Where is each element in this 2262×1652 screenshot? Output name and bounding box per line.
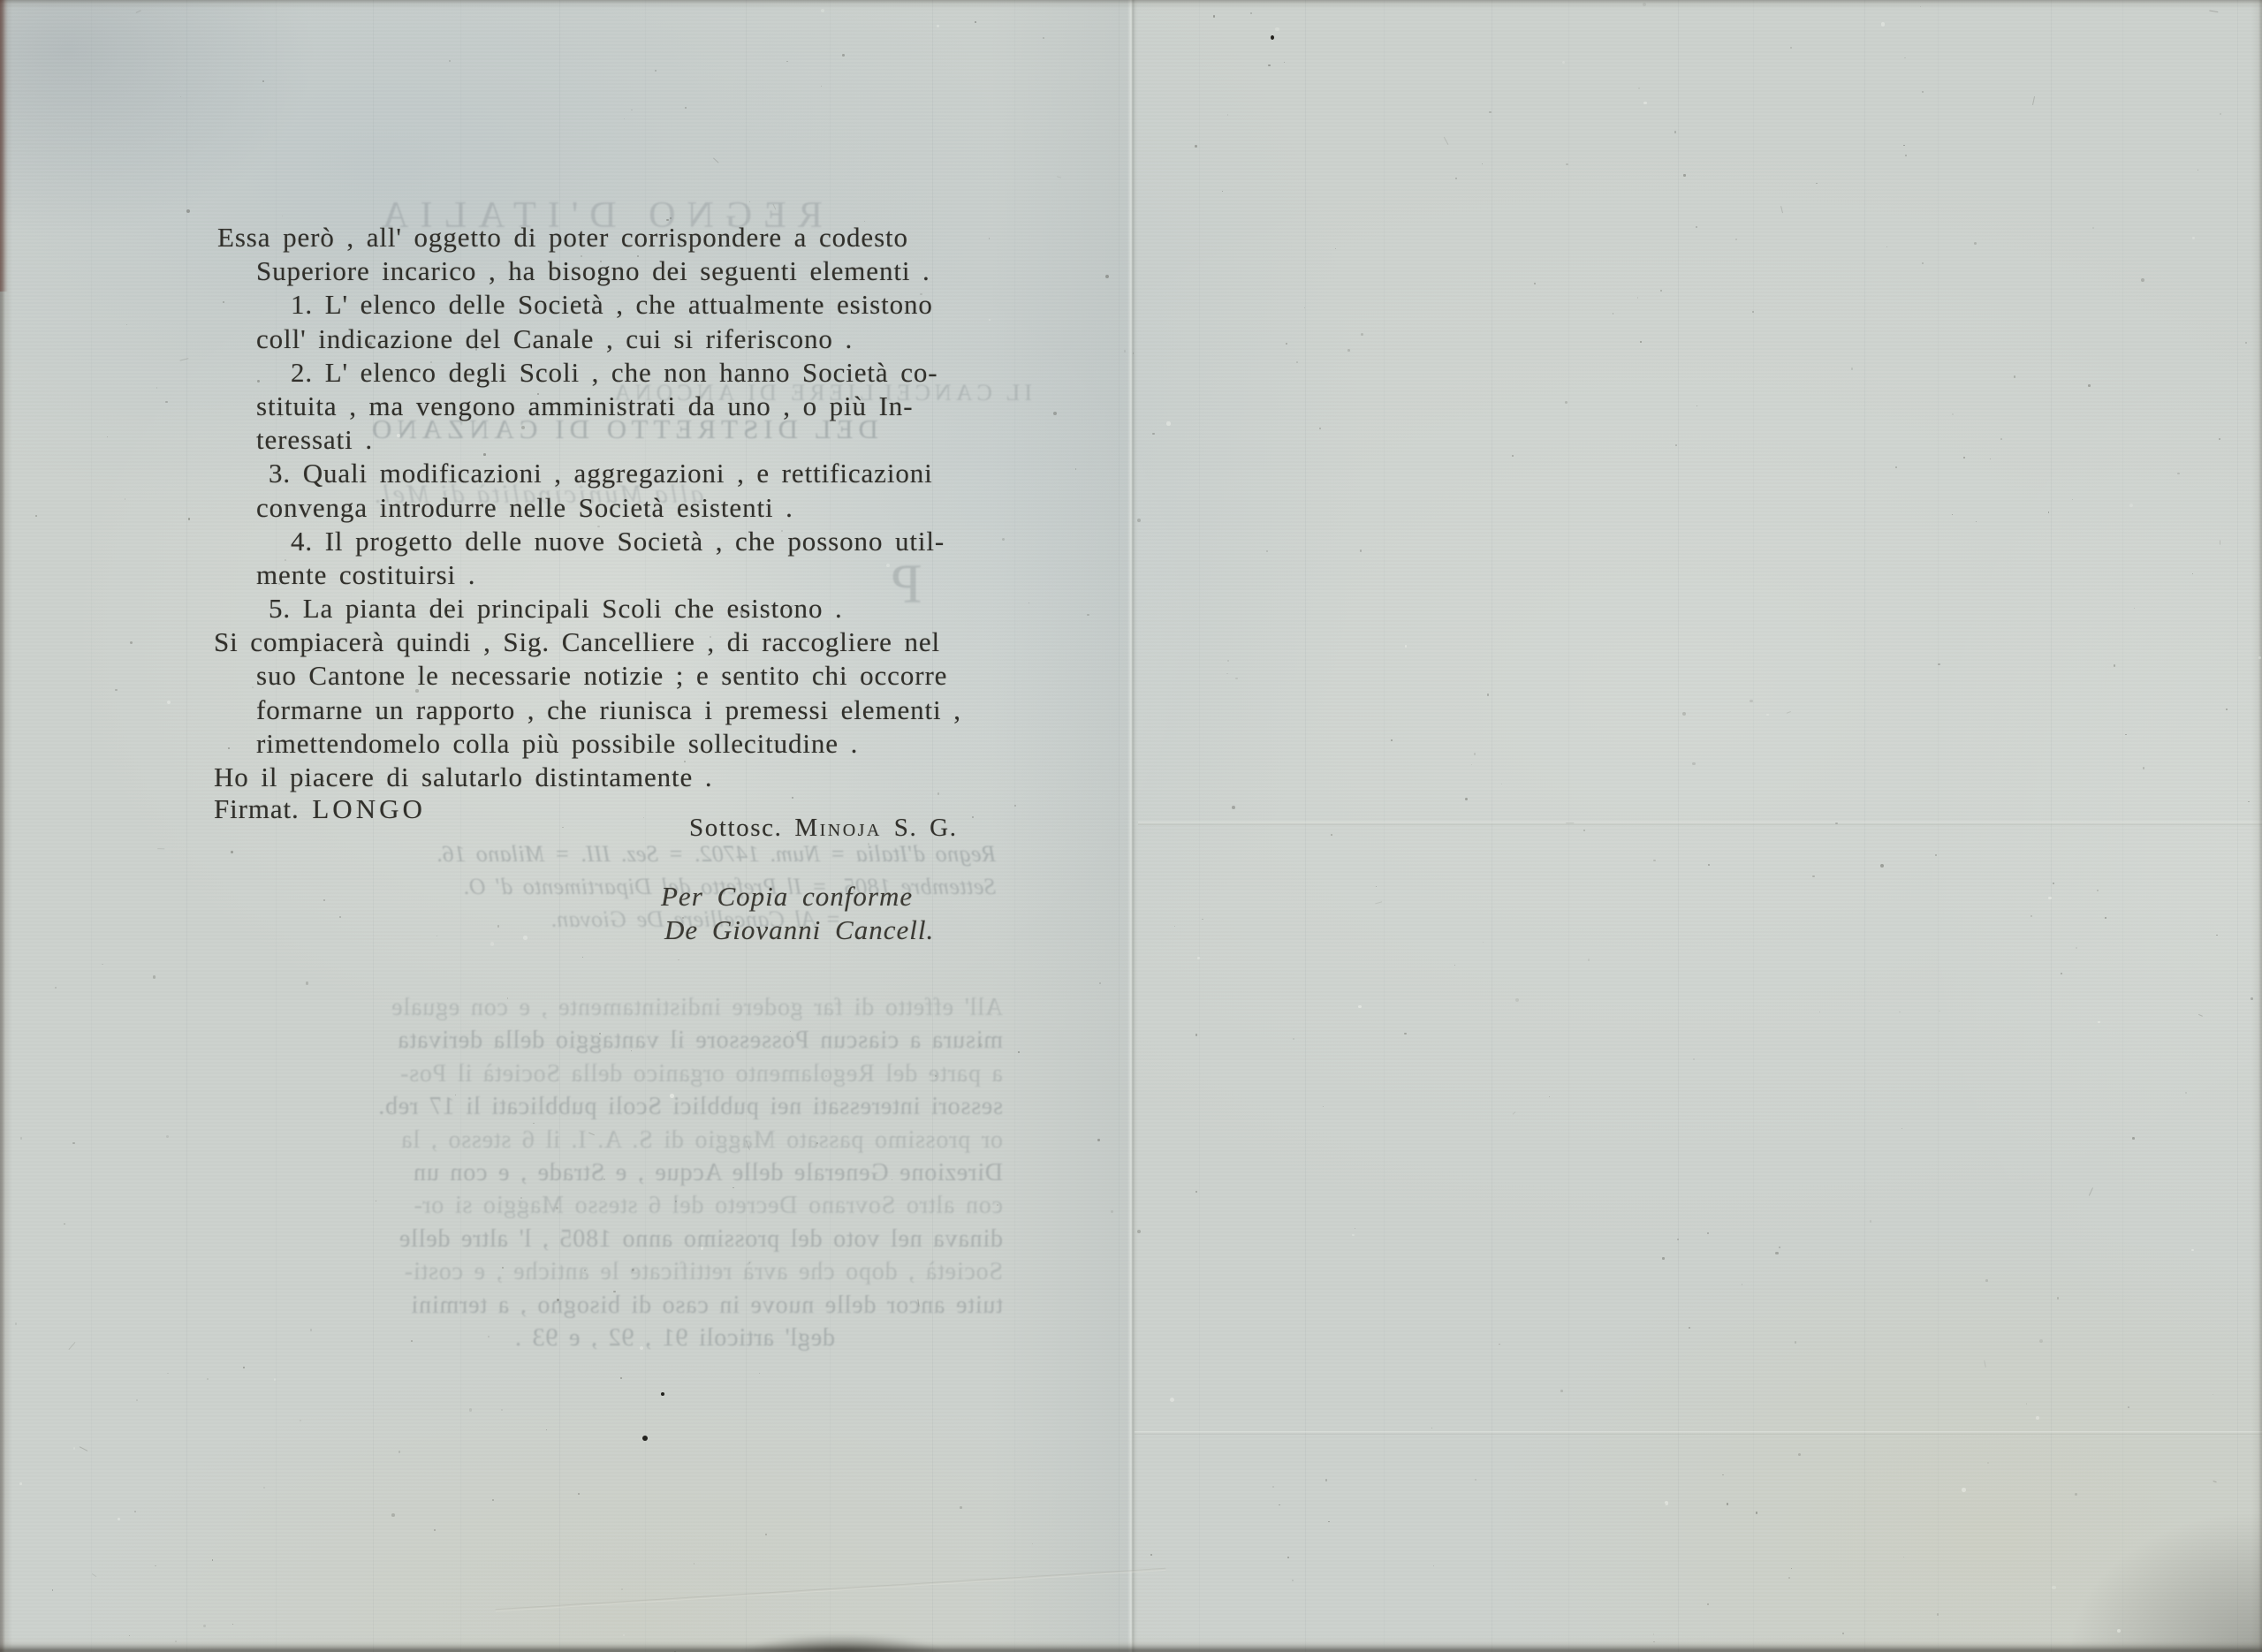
bleedthrough-paragraph-line: or prossimo passato Maggio di S. A. I. i… xyxy=(141,1124,1003,1156)
letter-lines-line: coll' indicazione del Canale , cui si ri… xyxy=(256,322,1018,356)
signature-sottoscritto: Sottosc. Minoja S. G. xyxy=(689,814,958,843)
bleedthrough-paragraph-line: sessori interessati nei pubblici Scoli p… xyxy=(141,1090,1003,1123)
bleedthrough-paragraph-line: tuite ancor delle nuove in caso di bisog… xyxy=(141,1289,1003,1322)
ink-speck xyxy=(1271,35,1274,40)
bleedthrough-paragraph-line: All' effetto di far godere indistintamen… xyxy=(141,991,1003,1024)
letter-lines-line: 4. Il progetto delle nuove Società , che… xyxy=(291,525,1018,558)
bleedthrough-paragraph-line: dinava nel voto del prossimo anno 1805 ,… xyxy=(141,1223,1003,1255)
bottom-edge-smudge xyxy=(740,1634,944,1652)
diagonal-crease xyxy=(496,1568,1166,1611)
sheet-edge-bottom xyxy=(0,1636,2262,1652)
bleedthrough-paragraph-line: Direzione Generale delle Acque , e Strad… xyxy=(141,1156,1003,1189)
letter-lines: Essa però , all' oggetto di poter corris… xyxy=(205,221,1018,794)
letter-lines-line: stituita , ma vengono amministrati da un… xyxy=(256,390,1018,423)
bleedthrough-paragraph-line: Società , dopo che avrà rettificate le a… xyxy=(141,1255,1003,1288)
horizontal-crease xyxy=(1135,1431,2262,1435)
horizontal-crease xyxy=(1138,822,2262,825)
letter-lines-line: formarne un rapporto , che riunisca i pr… xyxy=(256,693,1018,727)
signature-firmat: Firmat. LONGO xyxy=(214,793,426,825)
document-sheet: REGNO D'ITALIA IL CANCELLIERE DI ANCONA … xyxy=(0,0,2262,1652)
sheet-edge-top xyxy=(0,0,2262,9)
bleedthrough-paragraph: All' effetto di far godere indistintamen… xyxy=(141,991,1003,1354)
center-fold-crease xyxy=(1127,0,1138,1652)
left-edge-stain xyxy=(0,0,8,292)
letter-lines-line: 5. La pianta dei principali Scoli che es… xyxy=(269,592,1018,625)
bleedthrough-paragraph-line: misura a ciascun Possessore il vantaggio… xyxy=(141,1024,1003,1057)
bleedthrough-paragraph-line: degl' articoli 91 , 92 , e 93 . xyxy=(141,1322,835,1354)
copy-signature: De Giovanni Cancell. xyxy=(664,914,934,946)
letter-lines-line: teressati . xyxy=(256,423,1018,457)
ink-speck xyxy=(661,1392,664,1396)
letter-lines-line: Superiore incarico , ha bisogno dei segu… xyxy=(256,254,1018,288)
letter-lines-line: rimettendomelo colla più possibile solle… xyxy=(256,727,1018,761)
letter-lines-line: 2. L' elenco degli Scoli , che non hanno… xyxy=(291,356,1018,390)
ink-speck xyxy=(642,1436,648,1441)
firmat-label: Firmat. xyxy=(214,793,300,824)
letter-lines-line: Essa però , all' oggetto di poter corris… xyxy=(217,221,1018,254)
firmat-name: LONGO xyxy=(312,793,426,824)
sottosc-label: Sottosc. xyxy=(689,814,782,842)
sottosc-name: Minoja xyxy=(794,814,882,842)
letter-lines-line: Ho il piacere di salutarlo distintamente… xyxy=(214,761,1018,794)
corner-shadow xyxy=(2068,1511,2262,1652)
letter-lines-line: Si compiacerà quindi , Sig. Cancelliere … xyxy=(214,625,1018,659)
bleedthrough-paragraph-line: a parte del Regolamento organico della S… xyxy=(141,1057,1003,1090)
copy-conform-line: Per Copia conforme xyxy=(661,881,913,913)
letter-lines-line: 1. L' elenco delle Società , che attualm… xyxy=(291,288,1018,322)
sottosc-suffix: S. G. xyxy=(894,814,958,842)
letter-lines-line: convenga introdurre nelle Società esiste… xyxy=(256,491,1018,525)
letter-lines-line: suo Cantone le necessarie notizie ; e se… xyxy=(256,659,1018,693)
bleedthrough-paragraph-line: con altro Sovrano Decreto del 6 stesso M… xyxy=(141,1189,1003,1222)
letter-lines-line: mente costituirsi . xyxy=(256,558,1018,592)
letter-lines-line: 3. Quali modificazioni , aggregazioni , … xyxy=(269,457,1018,490)
letter-body: Essa però , all' oggetto di poter corris… xyxy=(205,221,1018,794)
sheet-edge-left xyxy=(0,0,12,1652)
sheet-edge-right xyxy=(2251,0,2262,1652)
